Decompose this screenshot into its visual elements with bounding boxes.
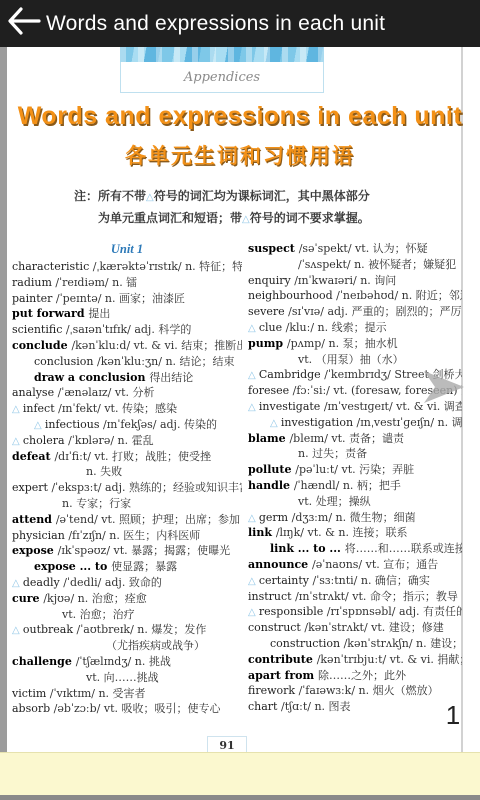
vocab-entry: vt. （用泵）抽（水）: [248, 352, 462, 368]
vocab-entry: absorb /əbˈzɔːb/ vt. 吸收；吸引；使专心: [12, 701, 242, 717]
water-texture-strip: [120, 47, 324, 62]
note-line-1: 注：所有不带△符号的词汇均为课标词汇，其中黑体部分: [74, 186, 419, 208]
entry-text: /ˈsʌspekt/ n. 被怀疑者；嫌疑犯: [298, 258, 456, 271]
entry-text: /ˈkɒlərə/ n. 霍乱: [68, 434, 154, 447]
vocab-entry: victim /ˈvɪktɪm/ n. 受害者: [12, 686, 242, 702]
vocab-entry: vt. 向……挑战: [12, 670, 242, 686]
headword: link: [248, 526, 276, 539]
vocab-list-left: characteristic /ˌkærəktəˈrɪstɪk/ n. 特征；特…: [12, 259, 242, 717]
headword: painter: [12, 292, 56, 305]
headword: radium: [12, 276, 55, 289]
triangle-marker: △: [248, 607, 259, 618]
headword: infectious: [45, 418, 103, 431]
vocab-entry: put forward 提出: [12, 306, 242, 322]
vocab-entry: painter /ˈpeɪntə/ n. 画家；油漆匠: [12, 291, 242, 307]
entry-text: /əbˈzɔːb/ vt. 吸收；吸引；使专心: [54, 702, 221, 715]
headword: construct: [248, 621, 304, 634]
entry-text: /dʒɜːm/ n. 微生物；细菌: [292, 511, 416, 524]
headword: cholera: [23, 434, 68, 447]
triangle-symbol: △: [146, 192, 154, 203]
entry-text: /əˈtend/ vt. 照顾；护理；出席；参加: [56, 513, 240, 526]
vocab-entry: /ˈsʌspekt/ n. 被怀疑者；嫌疑犯: [248, 257, 462, 273]
entry-text: /ˈpeɪntə/ n. 画家；油漆匠: [56, 292, 185, 305]
vocab-entry: pump /pʌmp/ n. 泵；抽水机: [248, 336, 462, 352]
entry-text: /fɪˈzɪʃn/ n. 医生；内科医师: [68, 529, 200, 542]
triangle-marker: △: [248, 323, 259, 334]
headword: announce: [248, 558, 312, 571]
headword: conclusion: [34, 355, 97, 368]
vocab-entry: handle /ˈhændl/ n. 柄；把手: [248, 478, 462, 494]
entry-text: 除……之外；此外: [318, 669, 406, 682]
entry-text: n. 失败: [86, 465, 122, 478]
entry-text: /ˈaʊtbreɪk/ n. 爆发；发作: [77, 623, 207, 636]
vocab-entry: radium /ˈreɪdiəm/ n. 镭: [12, 275, 242, 291]
vocab-entry: △ germ /dʒɜːm/ n. 微生物；细菌: [248, 510, 462, 526]
next-page-arrow[interactable]: [422, 366, 464, 408]
vocab-entry: characteristic /ˌkærəktəˈrɪstɪk/ n. 特征；特…: [12, 259, 242, 275]
entry-text: /kluː/ n. 线索；提示: [286, 321, 387, 334]
headword: Cambridge: [259, 368, 324, 381]
app-top-bar: Words and expressions in each unit: [0, 0, 480, 47]
vocab-entry: draw a conclusion 得出结论: [12, 370, 242, 386]
vocab-entry: expose /ɪkˈspəʊz/ vt. 暴露；揭露；使曝光: [12, 543, 242, 559]
headword: characteristic: [12, 260, 93, 273]
entry-text: /ɪnˈstrʌkt/ vt. 命令；指示；教导: [295, 590, 458, 603]
note-text: 注：所有不带: [74, 189, 146, 203]
entry-text: /ɪnˈkwaɪəri/ n. 询问: [294, 274, 396, 287]
book-page-number: 91: [219, 739, 234, 752]
vocab-entry: analyse /ˈænəlaɪz/ vt. 分析: [12, 385, 242, 401]
vocab-entry: △ investigation /ɪnˌvestɪˈɡeɪʃn/ n. 调查: [248, 415, 462, 431]
back-button[interactable]: [0, 0, 46, 47]
headword: foresee: [248, 384, 293, 397]
entry-text: /kənˈkluːʒn/ n. 结论；结束: [97, 355, 235, 368]
entry-text: /sɪˈvɪə/ adj. 严重的；剧烈的；严厉的: [288, 305, 462, 318]
vocab-entry: pollute /pəˈluːt/ vt. 污染；弄脏: [248, 462, 462, 478]
note-text: 符号的词汇均为课标词汇，其中黑体部分: [154, 189, 370, 203]
headword: investigate: [259, 400, 324, 413]
headword: handle: [248, 479, 294, 492]
entry-text: /ˈhændl/ n. 柄；把手: [294, 479, 401, 492]
triangle-marker: △: [12, 625, 23, 636]
entry-text: /lɪŋk/ vt. & n. 连接；联系: [276, 526, 408, 539]
headword: expert: [12, 481, 51, 494]
headword: infect: [23, 402, 58, 415]
entry-text: vt. （用泵）抽（水）: [298, 353, 404, 366]
vocab-entry: scientific /ˌsaɪənˈtɪfɪk/ adj. 科学的: [12, 322, 242, 338]
entry-text: /pəˈluːt/ vt. 污染；弄脏: [295, 463, 414, 476]
headword: scientific: [12, 323, 66, 336]
back-arrow-icon: [4, 5, 42, 42]
entry-text: /ɪnˌvestɪˈɡeɪʃn/ n. 调查: [357, 416, 462, 429]
vocab-entry: announce /əˈnaʊns/ vt. 宣布；通告: [248, 557, 462, 573]
note-text: 为单元重点词汇和短语；带: [98, 211, 242, 225]
headword: link ... to ...: [270, 542, 345, 555]
headword: germ: [259, 511, 292, 524]
vocab-entry: vt. 治愈；治疗: [12, 607, 242, 623]
triangle-marker: △: [34, 420, 45, 431]
vocab-entry: link ... to ... 将……和……联系或连接起来: [248, 541, 462, 557]
vocab-entry: n. 失败: [12, 464, 242, 480]
vocab-entry: △ deadly /ˈdedli/ adj. 致命的: [12, 575, 242, 591]
headword: enquiry: [248, 274, 294, 287]
bottom-banner-bar: [0, 752, 480, 795]
vocab-entry: n. 过失；责备: [248, 446, 462, 462]
vocab-entry: enquiry /ɪnˈkwaɪəri/ n. 询问: [248, 273, 462, 289]
entry-text: /pʌmp/ n. 泵；抽水机: [287, 337, 398, 350]
vocab-entry: conclude /kənˈkluːd/ vt. & vi. 结束；推断出: [12, 338, 242, 354]
headword: victim: [12, 687, 50, 700]
vocab-entry: challenge /ˈtʃælɪndʒ/ n. 挑战: [12, 654, 242, 670]
headword: defeat: [12, 450, 54, 463]
entry-text: /ˈfaɪəwɜːk/ n. 烟火（燃放）: [299, 684, 439, 697]
page-title-chinese: 各单元生词和习惯用语: [0, 140, 480, 170]
app-bar-title: Words and expressions in each unit: [46, 12, 385, 36]
vocab-entry: expert /ˈekspɜːt/ adj. 熟练的；经验或知识丰富的: [12, 480, 242, 496]
vocab-entry: blame /bleɪm/ vt. 责备；谴责: [248, 431, 462, 447]
entry-text: /ɪnˈfekt/ vt. 传染；感染: [58, 402, 177, 415]
headword: draw a conclusion: [34, 371, 149, 384]
headword: pollute: [248, 463, 295, 476]
vocab-entry: n. 专家；行家: [12, 496, 242, 512]
headword: firework: [248, 684, 299, 697]
entry-text: /kənˈtrɪbjuːt/ vt. & vi. 捐献；贡献；捐助: [317, 653, 462, 666]
vocab-entry: apart from 除……之外；此外: [248, 668, 462, 684]
vocab-column-right: suspect /səˈspekt/ vt. 认为；怀疑/ˈsʌspekt/ n…: [248, 241, 462, 715]
triangle-symbol: △: [242, 214, 250, 225]
entry-text: （尤指疾病或战争）: [106, 639, 205, 652]
headword: certainty: [259, 574, 313, 587]
entry-text: /dɪˈfiːt/ vt. 打败；战胜；使受挫: [54, 450, 211, 463]
vocab-entry: contribute /kənˈtrɪbjuːt/ vt. & vi. 捐献；贡…: [248, 652, 462, 668]
entry-text: /ˈreɪdiəm/ n. 镭: [55, 276, 137, 289]
bottom-edge-bar: [0, 795, 480, 800]
vocab-entry: physician /fɪˈzɪʃn/ n. 医生；内科医师: [12, 528, 242, 544]
headword: severe: [248, 305, 288, 318]
vocab-entry: instruct /ɪnˈstrʌkt/ vt. 命令；指示；教导: [248, 589, 462, 605]
triangle-marker: △: [12, 578, 23, 589]
appendices-banner: Appendices: [120, 47, 324, 93]
triangle-marker: △: [248, 370, 259, 381]
vocab-entry: （尤指疾病或战争）: [12, 638, 242, 654]
entry-text: /əˈnaʊns/ vt. 宣布；通告: [312, 558, 438, 571]
triangle-marker: △: [270, 418, 281, 429]
triangle-marker: △: [248, 576, 259, 587]
vocab-entry: chart /tʃɑːt/ n. 图表: [248, 699, 462, 715]
headword: contribute: [248, 653, 317, 666]
headword: pump: [248, 337, 287, 350]
headword: neighbourhood: [248, 289, 336, 302]
entry-text: 得出结论: [149, 371, 193, 384]
note-line-2: 为单元重点词汇和短语；带△符号的词不要求掌握。: [74, 208, 419, 230]
entry-text: /ˈekspɜːt/ adj. 熟练的；经验或知识丰富的: [51, 481, 242, 494]
unit-heading: Unit 1: [12, 241, 242, 257]
entry-text: /səˈspekt/ vt. 认为；怀疑: [299, 242, 428, 255]
note-text: 符号的词不要求掌握。: [250, 211, 370, 225]
headword: clue: [259, 321, 286, 334]
vocab-entry: attend /əˈtend/ vt. 照顾；护理；出席；参加: [12, 512, 242, 528]
headword: analyse: [12, 386, 58, 399]
vocab-entry: △ cholera /ˈkɒlərə/ n. 霍乱: [12, 433, 242, 449]
vocab-entry: construction /kənˈstrʌkʃn/ n. 建设；建筑物: [248, 636, 462, 652]
headword: absorb: [12, 702, 54, 715]
headword: expose ... to: [34, 560, 111, 573]
entry-text: /ˈvɪktɪm/ n. 受害者: [50, 687, 146, 700]
vocab-entry: conclusion /kənˈkluːʒn/ n. 结论；结束: [12, 354, 242, 370]
vocab-entry: vt. 处理；操纵: [248, 494, 462, 510]
headword: challenge: [12, 655, 76, 668]
headword: attend: [12, 513, 56, 526]
entry-text: n. 专家；行家: [62, 497, 131, 510]
vocab-entry: △ infect /ɪnˈfekt/ vt. 传染；感染: [12, 401, 242, 417]
triangle-marker: △: [12, 436, 23, 447]
entry-text: /kənˈstrʌkʃn/ n. 建设；建筑物: [344, 637, 462, 650]
triangle-marker: △: [12, 404, 23, 415]
entry-text: /ˈsɜːtnti/ n. 确信；确实: [313, 574, 430, 587]
headword: investigation: [281, 416, 357, 429]
vocab-column-left: Unit 1 characteristic /ˌkærəktəˈrɪstɪk/ …: [12, 241, 242, 717]
headword: cure: [12, 592, 43, 605]
triangle-marker: △: [248, 402, 259, 413]
appendices-label: Appendices: [184, 70, 260, 85]
vocab-entry: defeat /dɪˈfiːt/ vt. 打败；战胜；使受挫: [12, 449, 242, 465]
entry-text: /kənˈstrʌkt/ vt. 建设；修建: [304, 621, 443, 634]
entry-text: /tʃɑːt/ n. 图表: [281, 700, 351, 713]
vocab-entry: △ infectious /ɪnˈfekʃəs/ adj. 传染的: [12, 417, 242, 433]
app-page-indicator: 1: [442, 700, 464, 731]
headword: outbreak: [23, 623, 77, 636]
entry-text: /ɪnˈfekʃəs/ adj. 传染的: [103, 418, 217, 431]
entry-text: vt. 治愈；治疗: [62, 608, 135, 621]
vocab-entry: neighbourhood /ˈneɪbəhʊd/ n. 附近；邻近: [248, 288, 462, 304]
entry-text: vt. 处理；操纵: [298, 495, 371, 508]
vocab-entry: suspect /səˈspekt/ vt. 认为；怀疑: [248, 241, 462, 257]
triangle-marker: △: [248, 513, 259, 524]
entry-text: /ˈænəlaɪz/ vt. 分析: [58, 386, 155, 399]
headword: instruct: [248, 590, 295, 603]
headword: put forward: [12, 307, 88, 320]
headword: deadly: [23, 576, 63, 589]
headword: blame: [248, 432, 289, 445]
vocab-entry: expose ... to 使显露；暴露: [12, 559, 242, 575]
entry-text: 将……和……联系或连接起来: [345, 542, 462, 555]
headword: conclude: [12, 339, 71, 352]
vocab-list-right: suspect /səˈspekt/ vt. 认为；怀疑/ˈsʌspekt/ n…: [248, 241, 462, 715]
headword: expose: [12, 544, 58, 557]
vocab-entry: △ responsible /rɪˈspɒnsəbl/ adj. 有责任的；负责…: [248, 604, 462, 620]
vocab-entry: severe /sɪˈvɪə/ adj. 严重的；剧烈的；严厉的: [248, 304, 462, 320]
vocab-entry: △ certainty /ˈsɜːtnti/ n. 确信；确实: [248, 573, 462, 589]
entry-text: /kənˈkluːd/ vt. & vi. 结束；推断出: [71, 339, 242, 352]
entry-text: /ˈdedli/ adj. 致命的: [63, 576, 162, 589]
headword: physician: [12, 529, 68, 542]
entry-text: /bleɪm/ vt. 责备；谴责: [289, 432, 404, 445]
chevron-right-icon: [422, 395, 464, 412]
entry-text: n. 过失；责备: [298, 447, 367, 460]
vocab-entry: construct /kənˈstrʌkt/ vt. 建设；修建: [248, 620, 462, 636]
vocab-entry: cure /kjʊə/ n. 治愈；痊愈: [12, 591, 242, 607]
vocab-entry: firework /ˈfaɪəwɜːk/ n. 烟火（燃放）: [248, 683, 462, 699]
usage-note: 注：所有不带△符号的词汇均为课标词汇，其中黑体部分 为单元重点词汇和短语；带△符…: [74, 186, 419, 230]
headword: suspect: [248, 242, 299, 255]
headword: responsible: [259, 605, 327, 618]
entry-text: /ˈneɪbəhʊd/ n. 附近；邻近: [336, 289, 462, 302]
headword: apart from: [248, 669, 318, 682]
entry-text: /ˈtʃælɪndʒ/ n. 挑战: [76, 655, 171, 668]
appendices-label-box: Appendices: [120, 62, 324, 93]
entry-text: 提出: [88, 307, 110, 320]
entry-text: /kjʊə/ n. 治愈；痊愈: [43, 592, 146, 605]
headword: construction: [270, 637, 344, 650]
entry-text: /ˌkærəktəˈrɪstɪk/ n. 特征；特性: [93, 260, 242, 273]
vocab-entry: △ clue /kluː/ n. 线索；提示: [248, 320, 462, 336]
headword: chart: [248, 700, 281, 713]
entry-text: /ɪkˈspəʊz/ vt. 暴露；揭露；使曝光: [58, 544, 231, 557]
vocab-entry: △ outbreak /ˈaʊtbreɪk/ n. 爆发；发作: [12, 622, 242, 638]
entry-text: 使显露；暴露: [111, 560, 177, 573]
entry-text: vt. 向……挑战: [86, 671, 159, 684]
vocab-entry: link /lɪŋk/ vt. & n. 连接；联系: [248, 525, 462, 541]
entry-text: /rɪˈspɒnsəbl/ adj. 有责任的；负责的: [327, 605, 462, 618]
entry-text: /ˌsaɪənˈtɪfɪk/ adj. 科学的: [66, 323, 191, 336]
page-title-english: Words and expressions in each unit: [0, 102, 480, 131]
